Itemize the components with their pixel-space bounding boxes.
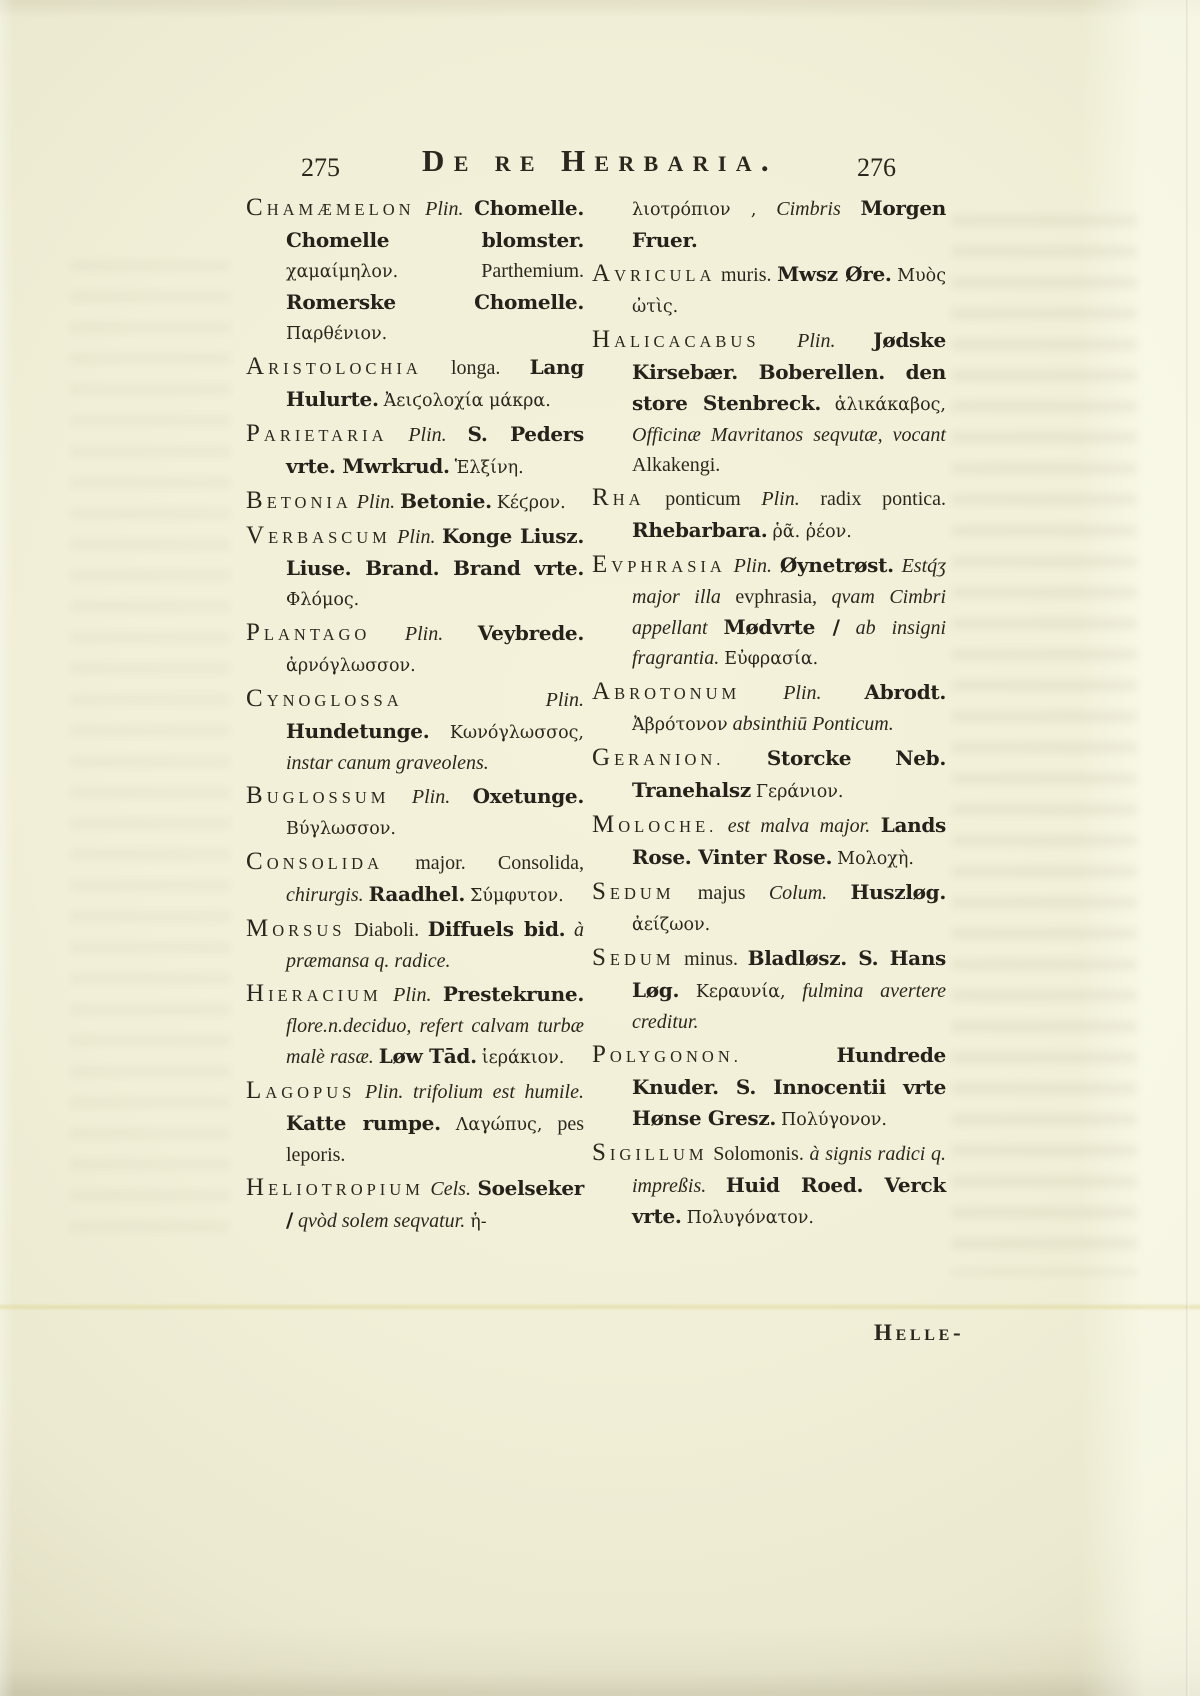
greek-text: χαμαίμηλον. [286, 262, 398, 282]
glossary-entry: BUGLOSSUM Plin. Oxetunge. Βύγλωσσον. [246, 781, 584, 844]
entry-headword: CONSOLIDA [246, 852, 383, 874]
glossary-entry: ABROTONUM Plin. Abrodt. Ἀβρότονον absint… [592, 677, 946, 740]
latin-italic: Officinæ Mavritanos seqvutæ, vocant [632, 424, 946, 446]
latin-roman: major. Consolida, [415, 852, 584, 874]
danish-fraktur: Diffuels bid. [428, 917, 566, 941]
entry-headword: SEDUM [592, 948, 675, 970]
latin-italic: Plin. [546, 689, 584, 711]
entry-headword: BETONIA [246, 491, 352, 513]
greek-text: Παρθένιον. [286, 324, 387, 344]
greek-text: Εὐφρασία. [724, 649, 818, 669]
greek-text: ἡ- [470, 1212, 486, 1232]
latin-italic: Cels. [430, 1178, 471, 1200]
entry-headword: GERANION. [592, 748, 724, 770]
latin-italic: Plin. [393, 984, 431, 1006]
entry-headword: POLYGONON. [592, 1045, 742, 1067]
latin-italic: Plin. [412, 786, 450, 808]
latin-italic: Plin. [797, 330, 835, 352]
latin-italic: Plin. [397, 526, 435, 548]
danish-fraktur: Abrodt. [865, 680, 946, 704]
greek-text: Κεραυνία, [696, 982, 786, 1002]
latin-italic: fulmina avertere creditur. [632, 980, 946, 1033]
danish-fraktur: Prestekrune. [443, 982, 584, 1006]
entry-headword: HELIOTROPIUM [246, 1178, 424, 1200]
entry-headword: RHA [592, 488, 645, 510]
greek-text: ῥᾶ. ῥέον. [772, 522, 851, 542]
glossary-entry: CYNOGLOSSA Plin. Hundetunge. Κωνόγλωσσος… [246, 684, 584, 778]
danish-fraktur: Hundetunge. [286, 719, 429, 743]
danish-fraktur: Mwsz Øre. [777, 262, 891, 286]
glossary-entry: SEDUM minus. Bladløsz. S. Hans Løg. Κερα… [592, 943, 946, 1037]
latin-roman: Diaboli. [354, 919, 419, 941]
greek-text: Σύμφυτον. [470, 886, 564, 906]
danish-fraktur: Rhebarbara. [632, 518, 767, 542]
latin-roman: Solomonis. [713, 1143, 804, 1165]
danish-fraktur: Huszløg. [850, 880, 946, 904]
greek-text: Ἀβρότονον [632, 715, 728, 735]
fold-line [0, 1303, 1200, 1311]
latin-italic: Plin. [761, 488, 799, 510]
glossary-entry: GERANION. Storcke Neb. Tranehalsz Γεράνι… [592, 743, 946, 807]
glossary-entry: VERBASCUM Plin. Konge Liusz. Liuse. Bran… [246, 521, 584, 615]
entry-headword: HALICACABUS [592, 330, 760, 352]
page-edge [1186, 0, 1189, 1696]
entry-headword: LAGOPUS [246, 1081, 355, 1103]
entry-headword: SIGILLUM [592, 1143, 708, 1165]
latin-italic: Cimbris [776, 198, 840, 220]
latin-italic: Plin. [425, 198, 463, 220]
danish-fraktur: Raadhel. [369, 882, 465, 906]
book-page-scan: 275 De re Herbaria. 276 CHAMÆMELON Plin.… [0, 0, 1200, 1696]
greek-text: ἀρνόγλωσσον. [286, 656, 416, 676]
entry-headword: SEDUM [592, 882, 675, 904]
latin-italic: Colum. [769, 882, 827, 904]
greek-text: Γεράνιον. [756, 782, 844, 802]
entry-headword: CHAMÆMELON [246, 198, 415, 220]
entry-headword: BUGLOSSUM [246, 786, 389, 808]
entry-headword: CYNOGLOSSA [246, 689, 403, 711]
greek-text: Πολύγονον. [781, 1110, 887, 1130]
greek-text: Κωνόγλωσσος, [450, 723, 584, 743]
entry-headword: PLANTAGO [246, 623, 370, 645]
glossary-entry: HELIOTROPIUM Cels. Soelseker / qvòd sole… [246, 1173, 584, 1237]
glossary-entry: AVRICULA muris. Mwsz Øre. Μυὸς ὠτὶς. [592, 259, 946, 322]
glossary-entry: PARIETARIA Plin. S. Peders vrte. Mwrkrud… [246, 419, 584, 483]
entry-headword: PARIETARIA [246, 424, 388, 446]
latin-roman: muris. [721, 264, 772, 286]
latin-italic: qvòd solem seqvatur. [298, 1210, 465, 1232]
glossary-entry: BETONIA Plin. Betonie. Κέϛρον. [246, 486, 584, 518]
glossary-entry: PLANTAGO Plin. Veybrede. ἀρνόγλωσσον. [246, 618, 584, 681]
glossary-entry: CONSOLIDA major. Consolida, chirurgis. R… [246, 847, 584, 911]
glossary-entry: SIGILLUM Solomonis. à signis radici q. i… [592, 1138, 946, 1233]
greek-text: ἀείζωον. [632, 915, 710, 935]
greek-text: ἁλικάκαβος, [835, 395, 946, 415]
latin-roman: evphrasia, [735, 586, 817, 608]
greek-text: Κέϛρον. [497, 493, 566, 513]
greek-text: Ἀειϛολοχία μάκρα. [384, 391, 551, 411]
latin-roman: Parthemium. [481, 260, 584, 282]
latin-italic: instar canum graveolens. [286, 752, 489, 774]
latin-italic: Plin. [405, 623, 443, 645]
glossary-entry: SEDUM majus Colum. Huszløg. ἀείζωον. [592, 877, 946, 940]
entry-headword: MOLOCHE. [592, 815, 717, 837]
greek-text: Ἑλξίνη. [455, 458, 524, 478]
greek-text: Μολοχὴ. [837, 849, 914, 869]
verso-bleedthrough [952, 215, 1137, 1275]
latin-italic: chirurgis. [286, 884, 364, 906]
danish-fraktur: Betonie. [400, 489, 492, 513]
latin-roman: longa. [451, 357, 500, 379]
latin-italic: Plin. [734, 555, 772, 577]
greek-text: λιοτρόπιον , [632, 200, 756, 220]
verso-bleedthrough [70, 260, 230, 1240]
danish-fraktur: Mødvrte / [724, 615, 840, 639]
latin-italic: Plin. [783, 682, 821, 704]
glossary-entry: MORSUS Diaboli. Diffuels bid. à præmansa… [246, 914, 584, 976]
danish-fraktur: Løw Tād. [379, 1044, 477, 1068]
glossary-entry: RHA ponticum Plin. radix pontica. Rhebar… [592, 483, 946, 547]
latin-italic: Plin. [408, 424, 446, 446]
running-title: De re Herbaria. [0, 143, 1200, 179]
latin-roman: minus. [684, 948, 738, 970]
glossary-entry: HIERACIUM Plin. Prestekrune. flore.n.dec… [246, 979, 584, 1073]
glossary-entry: EVPHRASIA Plin. Øynetrøst. Estq́ʒ major … [592, 550, 946, 674]
greek-text: ἱεράκιον. [482, 1048, 565, 1068]
glossary-entry: MOLOCHE. est malva major. Lands Rose. Vi… [592, 810, 946, 874]
latin-italic: Plin. trifolium est humile. [365, 1081, 584, 1103]
entry-headword: VERBASCUM [246, 526, 391, 548]
latin-roman: majus [698, 882, 746, 904]
entry-headword: ARISTOLOCHIA [246, 357, 422, 379]
greek-text: Πολυγόνατον. [687, 1208, 814, 1228]
glossary-entry: POLYGONON. Hundrede Knuder. S. Innocenti… [592, 1040, 946, 1135]
danish-fraktur: Romerske Chomelle. [286, 290, 584, 314]
text-column-left: CHAMÆMELON Plin. Chomelle. Chomelle blom… [246, 193, 584, 1240]
glossary-entry: HALICACABUS Plin. Jødske Kirsebær. Bober… [592, 325, 946, 480]
catchword: Helle- [874, 1320, 964, 1346]
latin-italic: Plin. [357, 491, 395, 513]
glossary-entry: ARISTOLOCHIA longa. Lang Hulurte. Ἀειϛολ… [246, 352, 584, 416]
latin-roman: Alkakengi. [632, 454, 720, 476]
glossary-entry: CHAMÆMELON Plin. Chomelle. Chomelle blom… [246, 193, 584, 349]
entry-continuation: λιοτρόπιον , Cimbris Morgen Fruer. [592, 193, 946, 256]
danish-fraktur: Oxetunge. [473, 784, 584, 808]
entry-headword: AVRICULA [592, 264, 715, 286]
page-number-right: 276 [857, 153, 896, 183]
danish-fraktur: Katte rumpe. [286, 1111, 441, 1135]
text-column-right: λιοτρόπιον , Cimbris Morgen Fruer. AVRIC… [592, 193, 946, 1236]
entry-headword: HIERACIUM [246, 984, 382, 1006]
greek-text: Φλόμος. [286, 590, 359, 610]
greek-text: Λαγώπυς, [456, 1115, 543, 1135]
entry-headword: ABROTONUM [592, 682, 740, 704]
latin-italic: absinthiū Ponticum. [733, 713, 894, 735]
latin-roman: ponticum [665, 488, 741, 510]
latin-roman: radix pontica. [820, 488, 946, 510]
glossary-entry: LAGOPUS Plin. trifolium est humile. Katt… [246, 1076, 584, 1170]
entry-headword: MORSUS [246, 919, 345, 941]
danish-fraktur: Øynetrøst. [780, 553, 894, 577]
greek-text: Βύγλωσσον. [286, 819, 396, 839]
latin-italic: est malva major. [728, 815, 871, 837]
entry-headword: EVPHRASIA [592, 555, 726, 577]
danish-fraktur: Veybrede. [478, 621, 584, 645]
